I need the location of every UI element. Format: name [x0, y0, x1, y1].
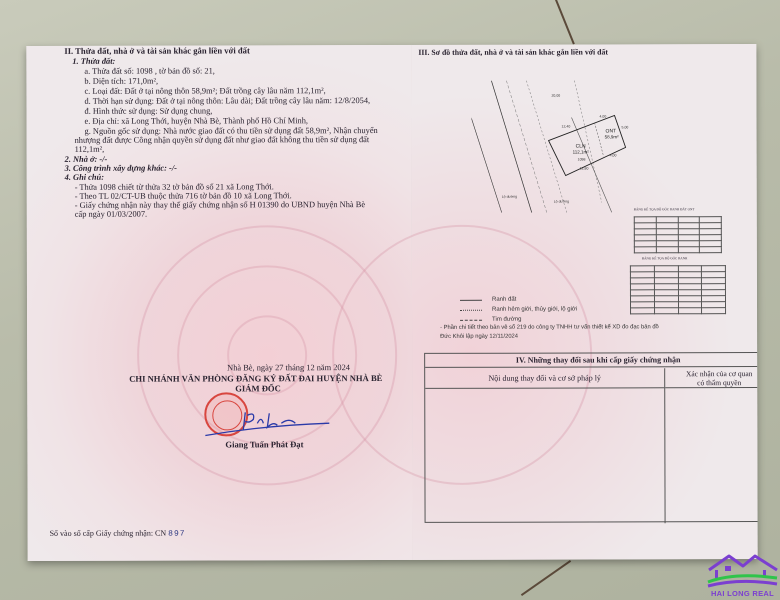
coord-table-1-title: BẢNG KÊ TỌA ĐỘ GÓC RANH ĐẤT ONT — [634, 207, 695, 211]
svg-text:5,00: 5,00 — [622, 125, 629, 129]
col2-header-line: Xác nhận của cơ quan — [665, 369, 757, 378]
floor-crack — [555, 0, 574, 45]
svg-text:58,9m²: 58,9m² — [605, 134, 620, 139]
svg-text:20,00: 20,00 — [551, 94, 560, 98]
house-logo-icon — [705, 548, 780, 590]
changes-confirmation-column: Xác nhận của cơ quan có thẩm quyền — [665, 368, 757, 523]
legend-line-solid — [460, 300, 482, 301]
signature — [195, 407, 335, 437]
brand-watermark: HAI LONG REAL — [705, 548, 780, 600]
map-legend: Ranh đất Ranh hẻm giới, thủy giới, lộ gi… — [411, 44, 756, 45]
changes-col1-header: Nội dung thay đổi và cơ sở pháp lý — [425, 368, 664, 389]
land-item: nhượng đất được Công nhận quyền sử dụng … — [75, 134, 370, 146]
svg-text:Lộ đường: Lộ đường — [554, 200, 569, 204]
parcel-diagram: CLN 112,1m² 1098 ONT 58,9m² 12,40 4,00 5… — [471, 72, 671, 213]
svg-text:12,80: 12,80 — [580, 166, 589, 170]
svg-text:12,40: 12,40 — [562, 125, 571, 129]
note-item: cấp ngày 01/03/2007. — [75, 209, 147, 220]
svg-text:Lộ đường: Lộ đường — [502, 195, 517, 199]
changes-content-column: Nội dung thay đổi và cơ sở pháp lý — [425, 368, 665, 524]
legend-line-dotted — [460, 310, 482, 311]
coord-table-1 — [634, 216, 722, 253]
changes-col2-header: Xác nhận của cơ quan có thẩm quyền — [665, 368, 757, 388]
section-iii-title: III. Sơ đồ thửa đất, nhà ở và tài sản kh… — [418, 46, 608, 57]
svg-text:112,1m²: 112,1m² — [573, 149, 590, 154]
svg-text:4,00: 4,00 — [600, 114, 607, 118]
register-number: 897 — [168, 530, 185, 539]
brand-name: HAI LONG REAL — [705, 589, 780, 598]
signer-name: Giang Tuấn Phát Đạt — [225, 439, 303, 450]
coord-table-2 — [630, 265, 726, 314]
position: GIÁM ĐỐC — [235, 383, 281, 394]
land-certificate-document: II. Thửa đất, nhà ở và tài sản khác gắn … — [26, 44, 757, 561]
changes-table: IV. Những thay đổi sau khi cấp giấy chứn… — [424, 352, 758, 523]
changes-table-title: IV. Những thay đổi sau khi cấp giấy chứn… — [425, 353, 758, 368]
floor-crack — [521, 560, 571, 596]
svg-text:1098: 1098 — [578, 157, 586, 161]
register-label: Số vào sổ cấp Giấy chứng nhận: CN — [50, 529, 167, 538]
col2-header-line: có thẩm quyền — [665, 378, 757, 387]
register-line: Số vào sổ cấp Giấy chứng nhận: CN 897 — [50, 528, 186, 540]
svg-text:4,00: 4,00 — [610, 153, 617, 157]
source-note: Đức Khôi lập ngày 12/11/2024 — [440, 332, 518, 343]
coord-table-2-title: BẢNG KÊ TỌA ĐỘ GÓC RANH — [642, 256, 687, 260]
legend-line-dash-dot — [460, 320, 482, 321]
